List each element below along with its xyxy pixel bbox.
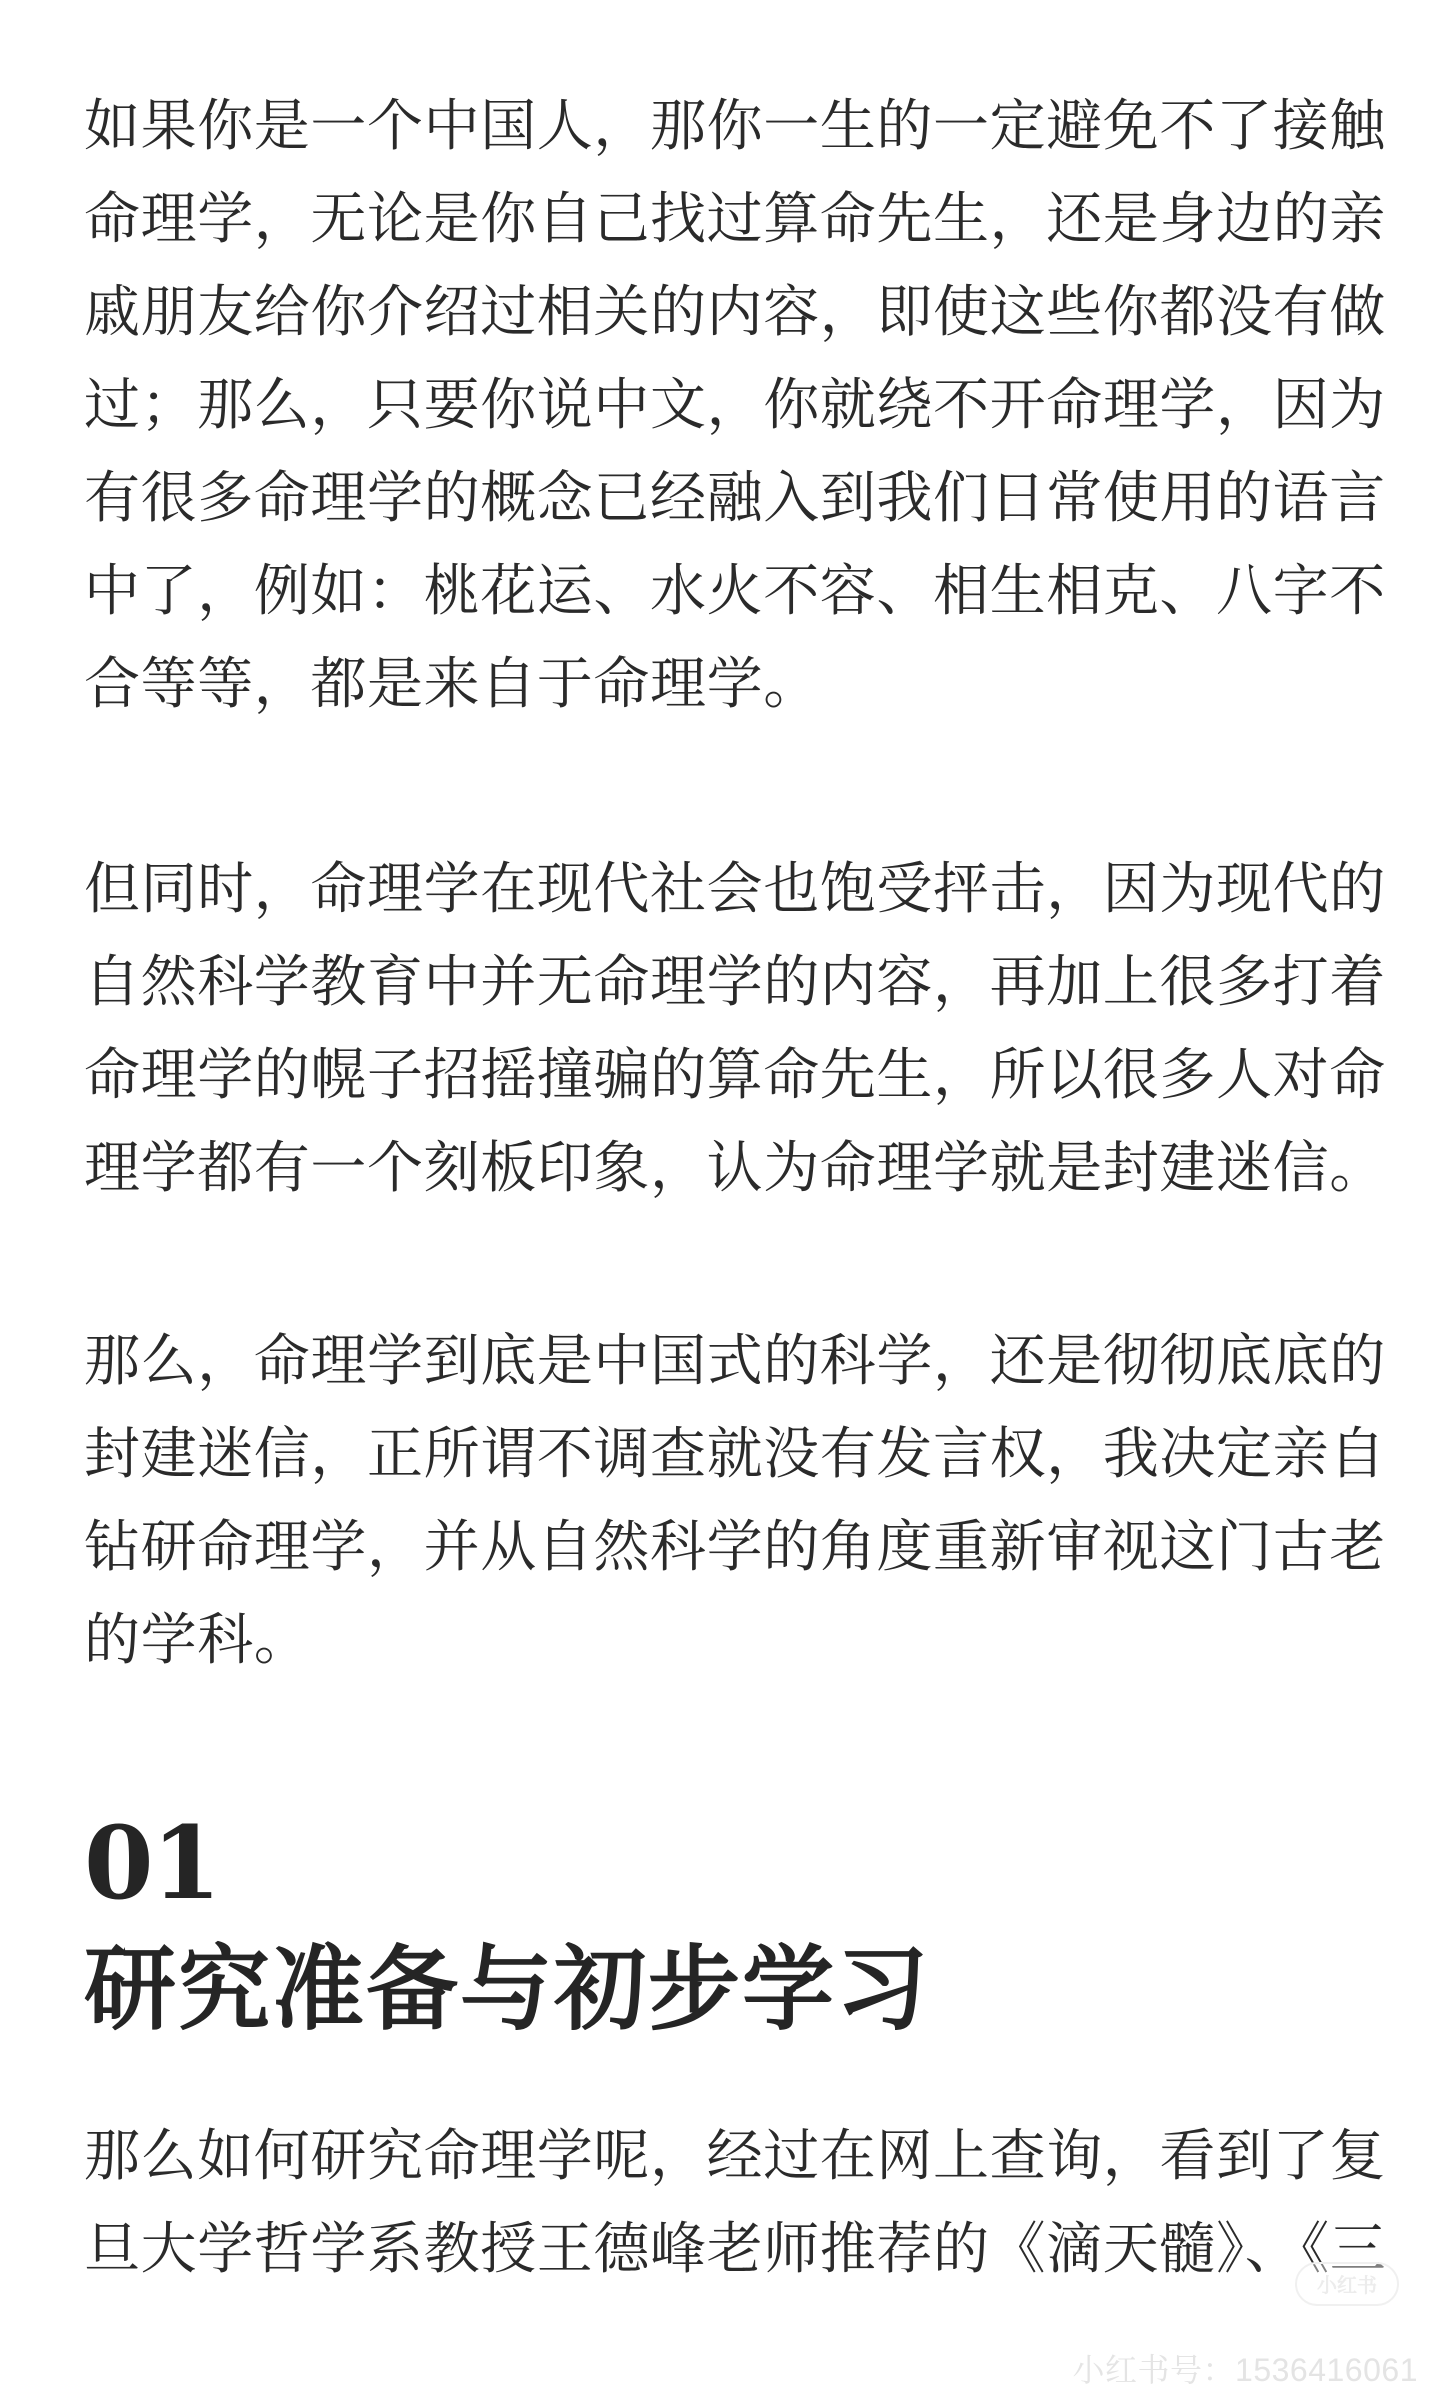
text-line: 过；那么，只要你说中文，你就绕不开命理学，因为 [84,359,1356,452]
text-line: 命理学的幌子招摇撞骗的算命先生，所以很多人对命 [84,1029,1356,1122]
text-line: 那么，命理学到底是中国式的科学，还是彻彻底底的 [84,1315,1356,1408]
text-line: 那么如何研究命理学呢，经过在网上查询，看到了复 [84,2110,1356,2203]
text-line: 中了，例如：桃花运、水火不容、相生相克、八字不 [84,545,1356,638]
text-line: 封建迷信，正所谓不调查就没有发言权，我决定亲自 [84,1408,1356,1501]
watermark-id: 小红书号：1536416061 [1073,2345,1418,2391]
paragraph-decision: 那么，命理学到底是中国式的科学，还是彻彻底底的 封建迷信，正所谓不调查就没有发言… [84,1315,1356,1687]
text-line: 有很多命理学的概念已经融入到我们日常使用的语言 [84,452,1356,545]
text-line: 自然科学教育中并无命理学的内容，再加上很多打着 [84,936,1356,1029]
section-number: 01 [84,1808,219,1918]
paragraph-section-intro: 那么如何研究命理学呢，经过在网上查询，看到了复 旦大学哲学系教授王德峰老师推荐的… [84,2110,1356,2296]
text-line: 合等等，都是来自于命理学。 [84,638,1356,731]
section-title: 研究准备与初步学习 [84,1934,930,2044]
text-line: 钻研命理学，并从自然科学的角度重新审视这门古老 [84,1501,1356,1594]
text-line: 命理学，无论是你自己找过算命先生，还是身边的亲 [84,173,1356,266]
paragraph-intro: 如果你是一个中国人，那你一生的一定避免不了接触 命理学，无论是你自己找过算命先生… [84,80,1356,731]
paragraph-criticism: 但同时，命理学在现代社会也饱受抨击，因为现代的 自然科学教育中并无命理学的内容，… [84,843,1356,1215]
text-line: 理学都有一个刻板印象，认为命理学就是封建迷信。 [84,1122,1356,1215]
text-line: 如果你是一个中国人，那你一生的一定避免不了接触 [84,80,1356,173]
text-line: 旦大学哲学系教授王德峰老师推荐的《滴天髓》、《三 [84,2203,1356,2296]
text-line: 的学科。 [84,1594,1356,1687]
watermark-logo: 小红书 [1295,2262,1399,2306]
text-line: 戚朋友给你介绍过相关的内容，即使这些你都没有做 [84,266,1356,359]
text-line: 但同时，命理学在现代社会也饱受抨击，因为现代的 [84,843,1356,936]
